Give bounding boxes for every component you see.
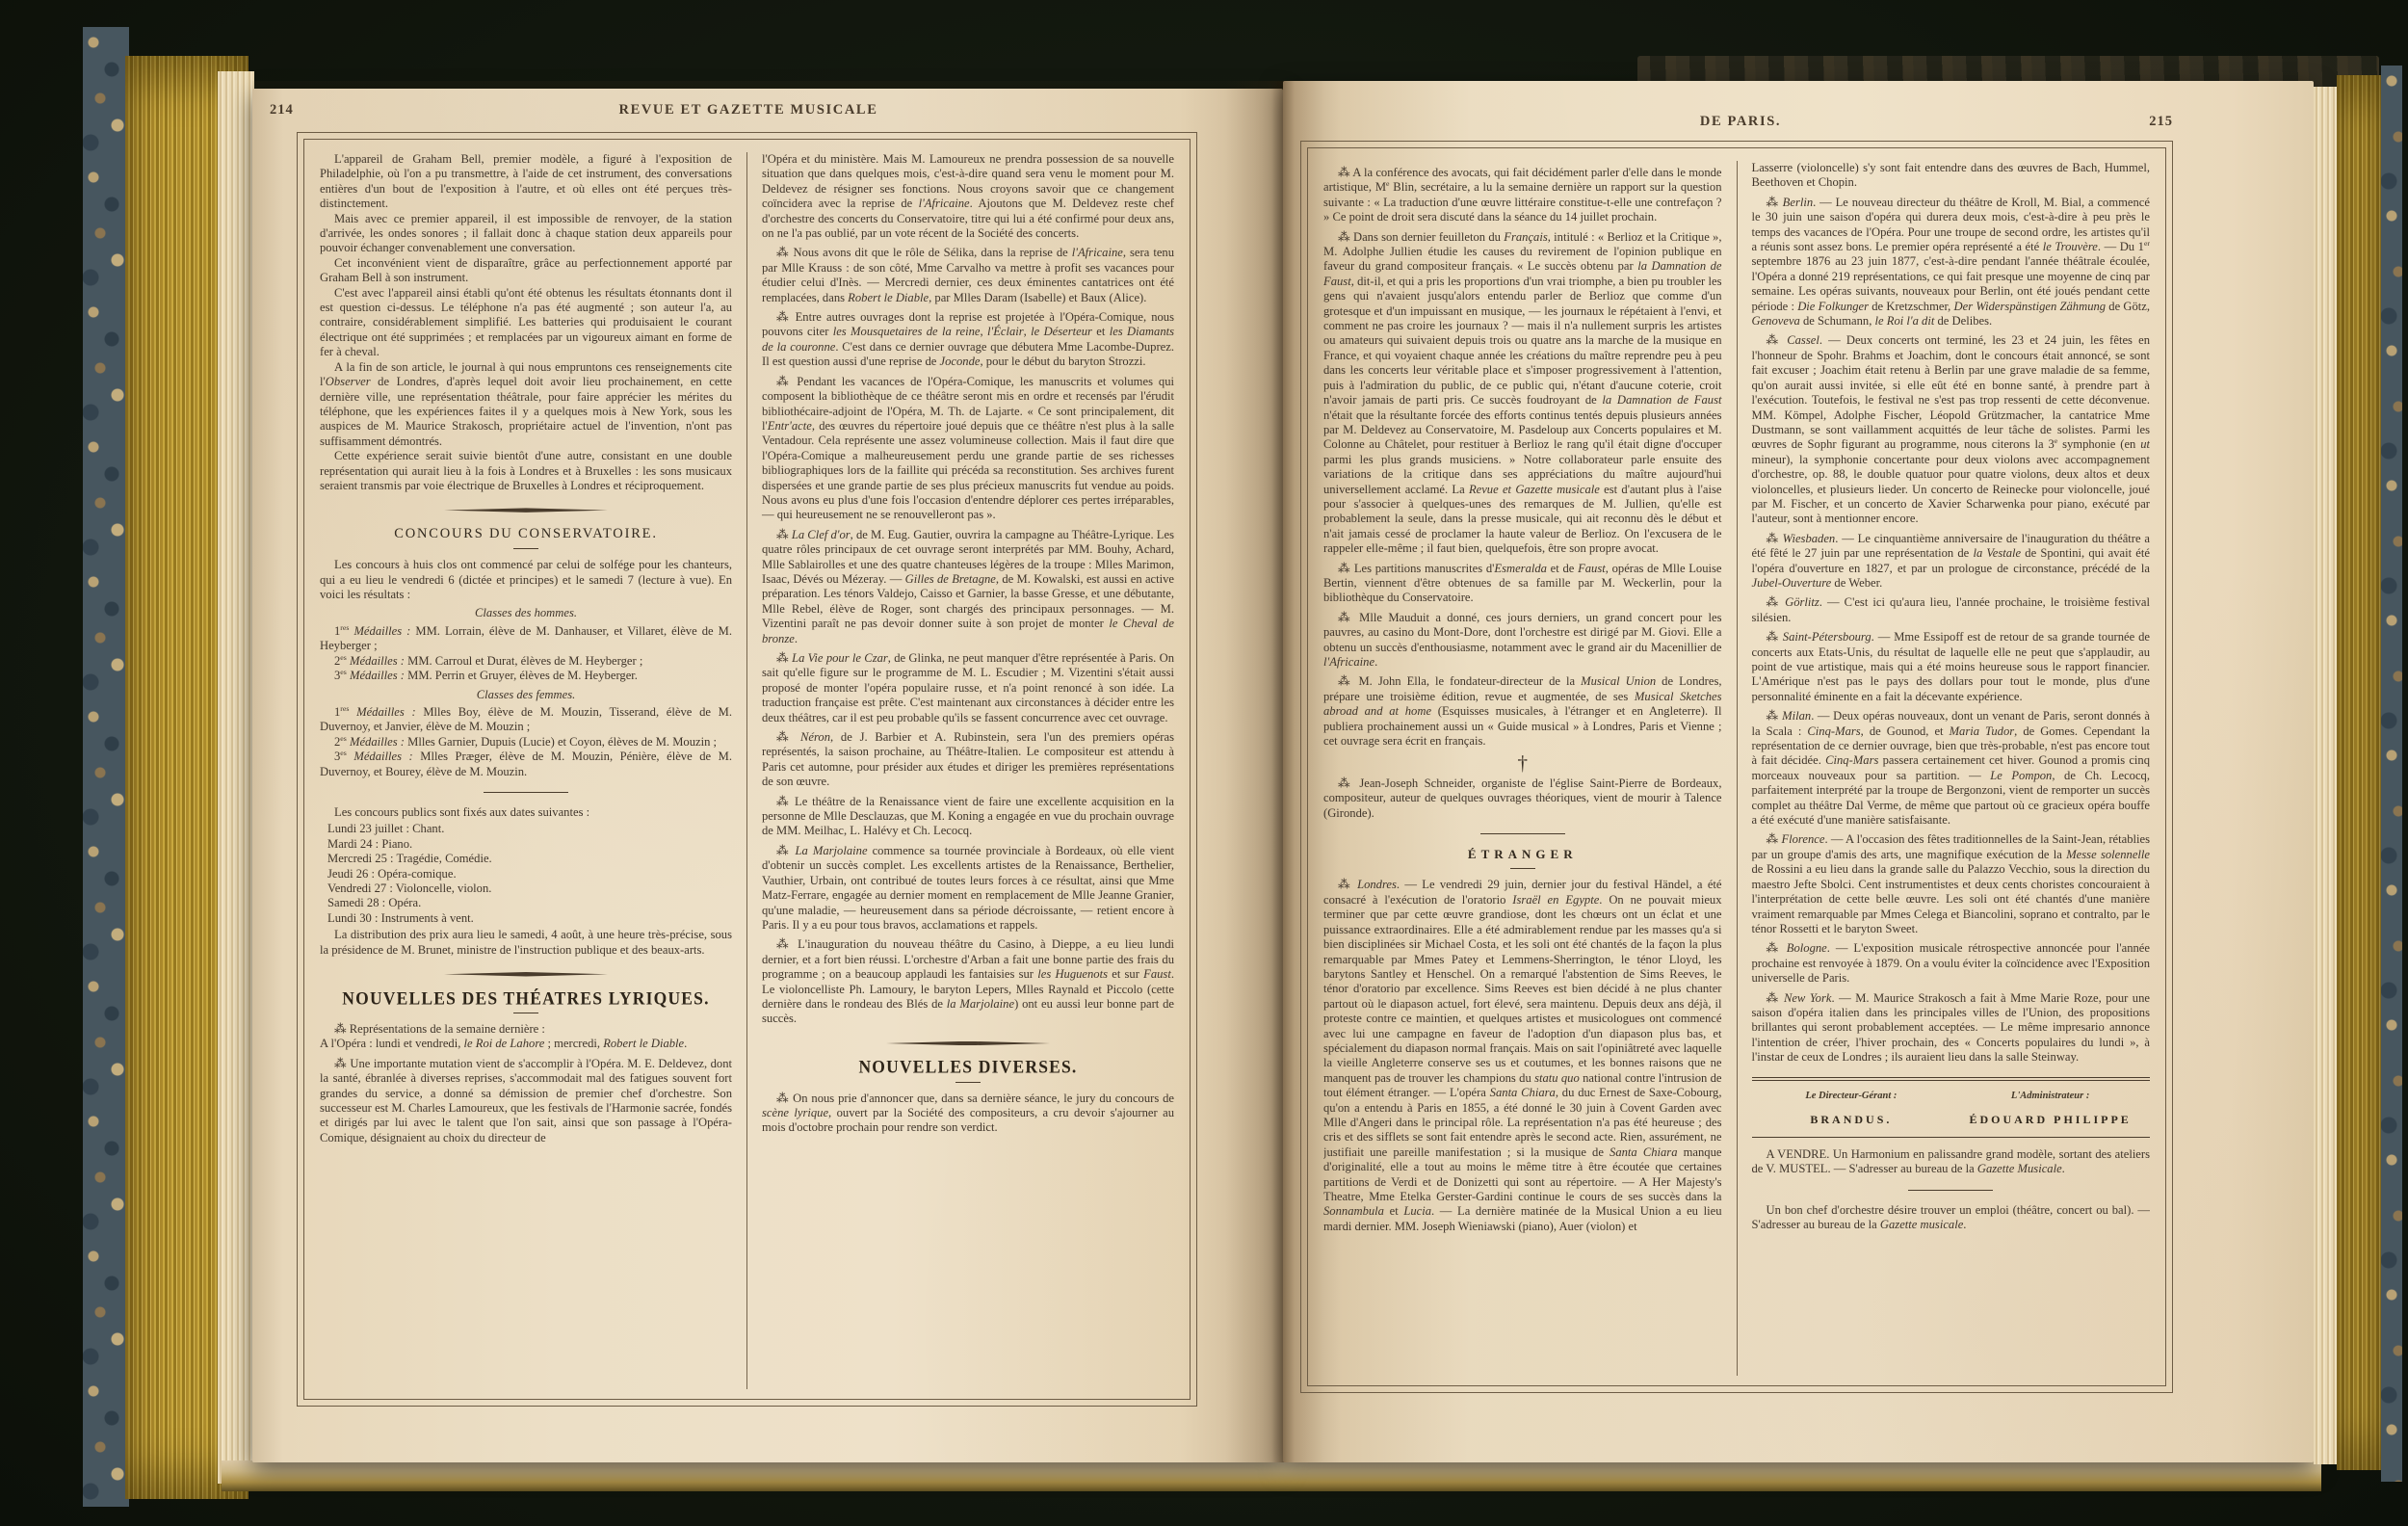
section-heading-text: ÉTRANGER	[1323, 847, 1722, 861]
paragraph: ⁂ M. John Ella, le fondateur-directeur d…	[1323, 674, 1722, 749]
italic-run: Observer	[326, 375, 371, 388]
italic-run: Français	[1504, 230, 1547, 244]
paragraph: ⁂ Nous avons dit que le rôle de Sélika, …	[762, 246, 1174, 305]
diamond-divider	[444, 508, 608, 513]
italic-run: l'Éclair	[987, 325, 1024, 338]
italic-run: Messe solennelle	[2066, 848, 2150, 861]
italic-run: Jubel-Ouverture	[1752, 576, 1832, 590]
paragraph: A VENDRE. Un Harmonium en palissandre gr…	[1752, 1147, 2151, 1177]
superscript: res	[340, 623, 349, 632]
italic-run: Genoveva	[1752, 314, 1800, 328]
paragraph: ⁂ On nous prie d'annoncer que, dans sa d…	[762, 1092, 1174, 1136]
list-item: Mercredi 25 : Tragédie, Comédie.	[327, 852, 732, 866]
italic-run: Santa Chiara	[1490, 1086, 1556, 1099]
page-215-column-2: Lasserre (violoncelle) s'y sont fait ent…	[1738, 161, 2151, 1376]
administrator-signature-label: L'Administrateur :	[1950, 1089, 2150, 1103]
italic-run: Robert le Diable	[603, 1037, 684, 1050]
paragraph: ⁂ A la conférence des avocats, qui fait …	[1323, 166, 1722, 225]
list-item: Samedi 28 : Opéra.	[327, 896, 732, 910]
italic-run: Gilles de Bretagne	[905, 572, 996, 586]
italic-run: le Trouvère	[2043, 240, 2098, 253]
page-214-column-1: L'appareil de Graham Bell, premier modèl…	[320, 152, 747, 1389]
paragraph: Cet inconvénient vient de disparaître, g…	[320, 256, 732, 286]
paragraph: ⁂ Cassel. — Deux concerts ont terminé, l…	[1752, 333, 2151, 526]
italic-run: Robert le Diable	[848, 291, 929, 304]
italic-run: Joconde	[940, 355, 981, 368]
superscript: e	[1386, 179, 1389, 188]
italic-run: Cinq-Mars	[1807, 724, 1860, 738]
gilt-fore-edge-right	[2337, 75, 2381, 1470]
paragraph: ⁂ Mlle Mauduit a donné, ces jours dernie…	[1323, 611, 1722, 671]
italic-run: ut	[2140, 437, 2150, 451]
italic-run: Revue et Gazette musicale	[1469, 483, 1600, 496]
left-page-header: 214 REVUE ET GAZETTE MUSICALE	[306, 102, 1191, 123]
italic-run: Görlitz	[1785, 595, 1819, 609]
paragraph: ⁂ La Marjolaine commence sa tournée prov…	[762, 844, 1174, 933]
italic-run: la Vestale	[1973, 546, 2021, 560]
italic-run: Berlin	[1783, 196, 1813, 209]
italic-run: Entr'acte	[768, 419, 812, 433]
right-page-frame: ⁂ A la conférence des avocats, qui fait …	[1300, 141, 2173, 1393]
director-signature: Le Directeur-Gérant :BRANDUS.	[1752, 1089, 1951, 1127]
italic-run: Le Pompon	[1990, 769, 2052, 782]
italic-run: La Vie pour le Czar	[792, 651, 888, 665]
paragraph: ⁂ Pendant les vacances de l'Opéra-Comiqu…	[762, 375, 1174, 523]
italic-run: Faust	[1143, 967, 1171, 981]
administrator-signature-name: ÉDOUARD PHILIPPE	[1950, 1113, 2150, 1127]
italic-run: Florence	[1781, 832, 1824, 846]
italic-run: Médailles :	[356, 705, 416, 719]
paragraph: Mais avec ce premier appareil, il est im…	[320, 212, 732, 256]
paragraph: 2es Médailles : MM. Carroul et Durat, él…	[320, 654, 732, 669]
italic-run: les Huguenots	[1037, 967, 1108, 981]
italic-run: Gazette Musicale	[1977, 1162, 2062, 1175]
heading-underdash	[513, 1013, 538, 1013]
paragraph: 3es Médailles : Mlles Præger, élève de M…	[320, 750, 732, 779]
book-bottom-edge	[222, 1460, 2321, 1491]
italic-run: Cinq-Mars	[1825, 753, 1878, 767]
italic-run: le Roi de Lahore	[464, 1037, 545, 1050]
paragraph: ⁂ Entre autres ouvrages dont la reprise …	[762, 310, 1174, 370]
italic-run: Esmeralda	[1494, 562, 1547, 575]
paragraph: 2es Médailles : Mlles Garnier, Dupuis (L…	[320, 735, 732, 750]
paragraph: ⁂ Dans son dernier feuilleton du Françai…	[1323, 230, 1722, 557]
italic-run: Israël en Egypte	[1512, 893, 1599, 907]
section-heading: NOUVELLES DES THÉATRES LYRIQUES.	[320, 991, 732, 1013]
section-heading-text: CONCOURS DU CONSERVATOIRE.	[320, 527, 732, 541]
italic-run: Faust	[1578, 562, 1606, 575]
superscript: e	[2055, 436, 2057, 445]
italic-run: Sonnambula	[1323, 1204, 1384, 1218]
director-signature-label: Le Directeur-Gérant :	[1752, 1089, 1951, 1103]
page-215-column-1: ⁂ A la conférence des avocats, qui fait …	[1323, 161, 1738, 1376]
superscript: res	[340, 704, 349, 713]
heading-underdash	[513, 548, 538, 549]
italic-run: Saint-Pétersbourg	[1783, 630, 1871, 644]
paragraph: ⁂ New York. — M. Maurice Strakosch a fai…	[1752, 991, 2151, 1066]
italic-run: Die Folkunger	[1797, 300, 1869, 313]
left-page-number: 214	[270, 102, 294, 118]
italic-run: Cassel	[1787, 333, 1819, 347]
page-214-column-2: l'Opéra et du ministère. Mais M. Lamoure…	[747, 152, 1174, 1389]
paragraph: ⁂ Représentations de la semaine dernière…	[320, 1022, 732, 1037]
paragraph: ⁂ La Vie pour le Czar, de Glinka, ne peu…	[762, 651, 1174, 725]
italic-run: Médailles :	[350, 654, 405, 668]
paragraph: Lasserre (violoncelle) s'y sont fait ent…	[1752, 161, 2151, 191]
paragraph: La distribution des prix aura lieu le sa…	[320, 928, 732, 958]
italic-run: Musical Sketches abroad and at home	[1323, 690, 1722, 718]
paragraph: A l'Opéra : lundi et vendredi, le Roi de…	[320, 1037, 732, 1051]
paragraph: ⁂ Néron, de J. Barbier et A. Rubinstein,…	[762, 730, 1174, 790]
right-page-number: 215	[2149, 114, 2173, 130]
italic-run: Médailles :	[353, 624, 410, 638]
section-heading-text: NOUVELLES DIVERSES.	[762, 1060, 1174, 1076]
page-stack-right	[2314, 87, 2337, 1464]
paragraph: Les concours publics sont fixés aux date…	[320, 805, 732, 820]
right-page-text-area: ⁂ A la conférence des avocats, qui fait …	[1307, 147, 2166, 1386]
italic-run: Milan	[1782, 709, 1811, 723]
right-running-title: DE PARIS.	[1700, 114, 1781, 129]
paragraph: ⁂ Londres. — Le vendredi 29 juin, dernie…	[1323, 878, 1722, 1234]
italic-run: Santa Chiara	[1610, 1145, 1678, 1159]
paragraph: ⁂ Le théâtre de la Renaissance vient de …	[762, 795, 1174, 839]
short-rule	[1480, 833, 1565, 834]
sub-heading: Classes des femmes.	[320, 688, 732, 702]
paragraph: 3es Médailles : MM. Perrin et Gruyer, él…	[320, 669, 732, 683]
diamond-divider	[444, 972, 608, 977]
paragraph: l'Opéra et du ministère. Mais M. Lamoure…	[762, 152, 1174, 241]
italic-run: Maria Tudor	[1950, 724, 2015, 738]
italic-run: Gazette musicale	[1880, 1218, 1963, 1231]
administrator-signature: L'Administrateur :ÉDOUARD PHILIPPE	[1950, 1089, 2150, 1127]
heading-underdash	[1510, 868, 1535, 869]
paragraph: A la fin de son article, le journal à qu…	[320, 360, 732, 449]
paragraph: ⁂ Jean-Joseph Schneider, organiste de l'…	[1323, 776, 1722, 821]
paragraph: L'appareil de Graham Bell, premier modèl…	[320, 152, 732, 212]
marbled-board-left	[83, 27, 129, 1507]
paragraph: Un bon chef d'orchestre désire trouver u…	[1752, 1203, 2151, 1233]
director-signature-name: BRANDUS.	[1752, 1113, 1951, 1127]
list-item: Vendredi 27 : Violoncelle, violon.	[327, 881, 732, 896]
superscript: er	[2144, 239, 2150, 248]
paragraph: 1res Médailles : Mlles Boy, élève de M. …	[320, 705, 732, 735]
paragraph: ⁂ Görlitz. — C'est ici qu'aura lieu, l'a…	[1752, 595, 2151, 625]
paragraph: ⁂ Milan. — Deux opéras nouveaux, dont un…	[1752, 709, 2151, 828]
italic-run: Bologne	[1787, 941, 1827, 955]
paragraph: C'est avec l'appareil ainsi établi qu'on…	[320, 286, 732, 360]
list-item: Lundi 23 juillet : Chant.	[327, 822, 732, 836]
section-heading: CONCOURS DU CONSERVATOIRE.	[320, 527, 732, 549]
list-item: Jeudi 26 : Opéra-comique.	[327, 867, 732, 881]
italic-run: la Damnation de Faust	[1602, 393, 1721, 407]
italic-run: Londres	[1357, 878, 1397, 891]
italic-run: Néron	[800, 730, 830, 744]
right-page-header: DE PARIS. 215	[1308, 114, 2173, 135]
left-page-text-area: L'appareil de Graham Bell, premier modèl…	[303, 139, 1191, 1400]
superscript: es	[340, 749, 347, 757]
double-rule	[1752, 1077, 2151, 1082]
wide-rule	[1752, 1137, 2151, 1138]
italic-run: Médailles :	[350, 735, 405, 749]
section-heading: ÉTRANGER	[1323, 847, 1722, 869]
italic-run: scène lyrique	[762, 1106, 828, 1119]
paragraph: ⁂ Une importante mutation vient de s'acc…	[320, 1057, 732, 1145]
italic-run: l'Africaine	[1072, 246, 1123, 259]
italic-run: l'Africaine	[1323, 655, 1374, 669]
italic-run: l'Africaine	[919, 197, 970, 210]
paragraph: ⁂ Bologne. — L'exposition musicale rétro…	[1752, 941, 2151, 986]
paragraph: ⁂ Wiesbaden. — Le cinquantième anniversa…	[1752, 532, 2151, 592]
superscript: es	[340, 653, 347, 662]
sub-heading: Classes des hommes.	[320, 606, 732, 620]
italic-run: La Marjolaine	[796, 844, 868, 857]
short-rule	[484, 792, 568, 793]
diamond-divider	[886, 1041, 1050, 1046]
section-heading-text: NOUVELLES DES THÉATRES LYRIQUES.	[320, 990, 732, 1007]
paragraph: Cette expérience serait suivie bientôt d…	[320, 449, 732, 493]
paragraph: ⁂ Berlin. — Le nouveau directeur du théâ…	[1752, 196, 2151, 329]
italic-run: Lucia	[1403, 1204, 1431, 1218]
superscript: es	[340, 668, 347, 676]
list-item: Mardi 24 : Piano.	[327, 837, 732, 852]
heading-underdash	[955, 1082, 981, 1083]
list-item: Lundi 30 : Instruments à vent.	[327, 911, 732, 926]
paragraph: ⁂ La Clef d'or, de M. Eug. Gautier, ouvr…	[762, 528, 1174, 646]
paragraph: ⁂ L'inauguration du nouveau théâtre du C…	[762, 937, 1174, 1026]
italic-run: le Roi l'a dit	[1875, 314, 1935, 328]
date-list: Lundi 23 juillet : Chant.Mardi 24 : Pian…	[327, 822, 732, 926]
signature-block: Le Directeur-Gérant :BRANDUS.L'Administr…	[1752, 1089, 2151, 1127]
italic-run: La Clef d'or	[792, 528, 851, 541]
section-heading: NOUVELLES DIVERSES.	[762, 1060, 1174, 1082]
paragraph: 1res Médailles : MM. Lorrain, élève de M…	[320, 624, 732, 654]
italic-run: statu quo	[1534, 1071, 1580, 1085]
page-stack-left	[218, 71, 254, 1484]
italic-run: Médailles :	[350, 669, 405, 682]
italic-run: Wiesbaden	[1783, 532, 1836, 545]
left-page-frame: L'appareil de Graham Bell, premier modèl…	[297, 132, 1197, 1407]
superscript: es	[340, 734, 347, 743]
marbled-board-right	[2381, 66, 2402, 1482]
paragraph: ⁂ Les partitions manuscrites d'Esmeralda…	[1323, 562, 1722, 606]
italic-run: Der Widerspänstigen Zähmung	[1954, 300, 2107, 313]
italic-run: la Marjolaine	[947, 997, 1014, 1011]
italic-run: le Cheval de bronze	[762, 617, 1174, 645]
obituary-cross-icon: †	[1323, 756, 1722, 771]
paragraph: Les concours à huis clos ont commencé pa…	[320, 558, 732, 602]
italic-run: les Mousquetaires de la reine	[833, 325, 981, 338]
italic-run: le Déserteur	[1031, 325, 1092, 338]
italic-run: New York	[1784, 991, 1832, 1005]
paragraph: ⁂ Saint-Pétersbourg. — Mme Essipoff est …	[1752, 630, 2151, 704]
left-running-title: REVUE ET GAZETTE MUSICALE	[619, 102, 878, 118]
short-rule	[1908, 1190, 1993, 1191]
italic-run: Médailles :	[353, 750, 412, 763]
paragraph: ⁂ Florence. — A l'occasion des fêtes tra…	[1752, 832, 2151, 936]
italic-run: la Damnation de Faust	[1323, 259, 1722, 287]
italic-run: Musical Union	[1581, 674, 1656, 688]
